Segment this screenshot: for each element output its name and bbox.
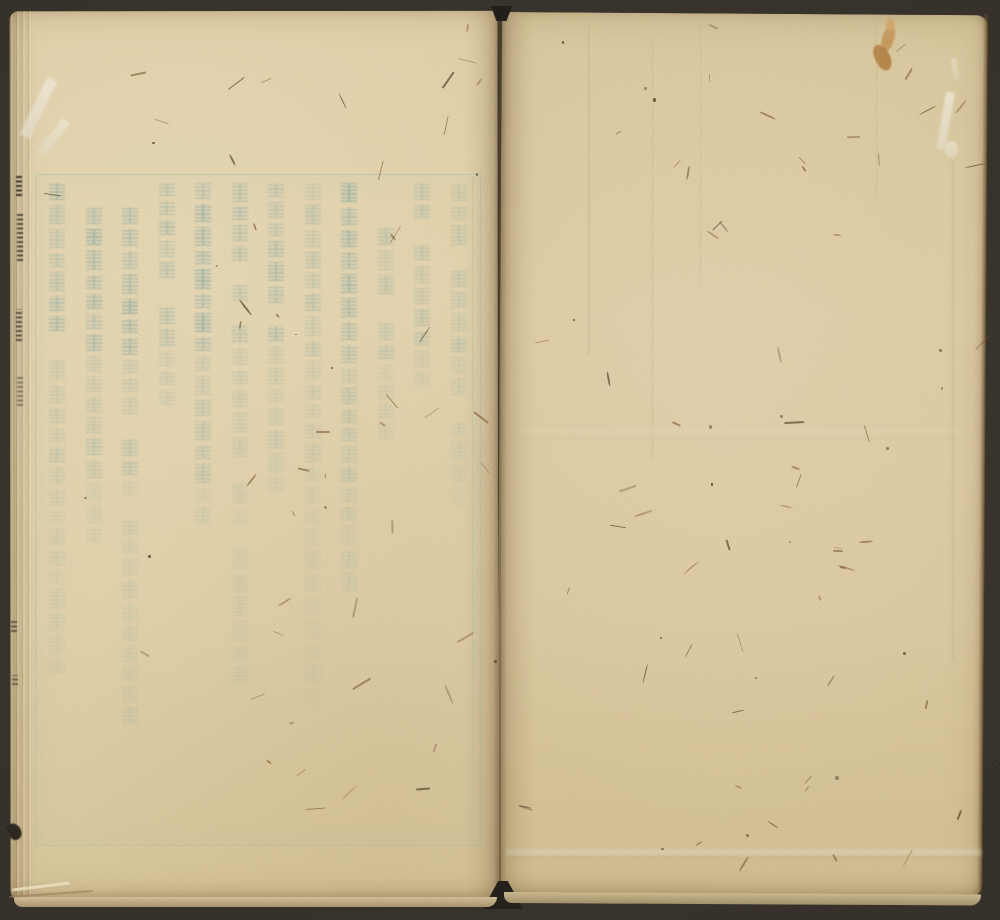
show-through-glyph (451, 357, 467, 373)
show-through-glyph (159, 308, 175, 324)
show-through-glyph (342, 467, 358, 483)
show-through-glyph (451, 441, 467, 460)
show-through-glyph (123, 338, 139, 355)
show-through-glyph (451, 465, 467, 482)
show-through-glyph (378, 386, 394, 400)
show-through-glyph (378, 323, 394, 340)
show-through-glyph (196, 507, 212, 524)
show-through-glyph (86, 397, 102, 412)
spine-sheet-stack (10, 11, 31, 901)
show-through-glyph (269, 407, 285, 425)
show-through-glyph (415, 205, 431, 219)
show-through-column (157, 183, 177, 410)
show-through-glyph (451, 271, 467, 287)
show-through-glyph (232, 666, 248, 684)
show-through-glyph (415, 372, 431, 387)
show-through-glyph (123, 397, 139, 415)
show-through-glyph (50, 635, 66, 654)
show-through-glyph (86, 528, 102, 542)
show-through-glyph (305, 316, 321, 336)
show-through-glyph (123, 299, 139, 314)
paper-speck (494, 660, 497, 663)
show-through-column (413, 183, 433, 392)
left-page-bottom-edge (14, 897, 497, 907)
show-through-glyph (451, 183, 467, 201)
show-through-column (194, 183, 214, 529)
show-through-glyph (415, 350, 431, 367)
show-through-glyph (50, 467, 66, 484)
show-through-glyph (342, 322, 358, 339)
show-through-glyph (86, 250, 102, 270)
show-through-glyph (232, 574, 248, 592)
show-through-glyph (269, 477, 285, 492)
show-through-glyph (123, 666, 139, 680)
show-through-glyph (305, 550, 321, 569)
show-through-glyph (50, 447, 66, 462)
show-through-glyph (305, 229, 321, 247)
show-through-glyph (269, 389, 285, 403)
show-through-glyph (415, 183, 431, 200)
show-through-glyph (305, 529, 321, 546)
show-through-glyph (305, 486, 321, 505)
show-through-glyph (159, 262, 175, 278)
show-through-glyph (50, 229, 66, 249)
show-through-glyph (123, 646, 139, 661)
show-through-glyph (50, 272, 66, 291)
show-through-glyph (123, 626, 139, 641)
show-through-glyph (123, 274, 139, 293)
show-through-glyph (305, 509, 321, 523)
show-through-column (340, 183, 360, 597)
show-through-glyph (196, 400, 212, 416)
show-through-glyph (123, 558, 139, 576)
show-through-glyph (123, 480, 139, 495)
show-through-glyph (86, 229, 102, 246)
show-through-glyph (232, 246, 248, 262)
show-through-glyph (50, 489, 66, 506)
show-through-glyph (305, 205, 321, 224)
show-through-glyph (342, 525, 358, 544)
show-through-glyph (232, 646, 248, 661)
show-through-glyph (342, 507, 358, 521)
paper-crease (700, 25, 703, 285)
gutter-crease (499, 13, 501, 899)
paper-fiber (316, 431, 331, 432)
show-through-glyph (232, 621, 248, 641)
show-through-glyph (123, 229, 139, 246)
show-through-glyph (305, 252, 321, 268)
show-through-glyph (86, 334, 102, 352)
show-through-glyph (451, 206, 467, 221)
paper-speck (653, 98, 656, 101)
show-through-glyph (50, 296, 66, 311)
right-page-bottom-edge (504, 892, 981, 905)
spine-ink-mark (11, 621, 17, 632)
right-page (496, 12, 988, 899)
show-through-glyph (232, 347, 248, 365)
photo-backdrop (0, 0, 1000, 920)
show-through-glyph (123, 539, 139, 553)
white-crease-mark (945, 141, 958, 158)
show-through-glyph (232, 484, 248, 503)
show-through-glyph (269, 326, 285, 342)
show-through-glyph (269, 262, 285, 280)
show-through-glyph (50, 589, 66, 608)
show-through-glyph (269, 346, 285, 363)
show-through-glyph (232, 549, 248, 568)
show-through-glyph (342, 183, 358, 202)
show-through-glyph (50, 550, 66, 565)
show-through-glyph (342, 388, 358, 404)
show-through-glyph (415, 245, 431, 260)
show-through-glyph (269, 183, 285, 197)
show-through-column (230, 183, 250, 689)
show-through-glyph (378, 250, 394, 270)
show-through-glyph (378, 275, 394, 294)
paper-speck (660, 637, 662, 639)
show-through-glyph (305, 293, 321, 311)
show-through-glyph (305, 665, 321, 684)
paper-crease (952, 160, 958, 660)
show-through-glyph (451, 487, 467, 506)
show-through-column (121, 183, 141, 729)
show-through-glyph (159, 329, 175, 346)
show-through-glyph (415, 309, 431, 327)
show-through-glyph (232, 437, 248, 457)
show-through-glyph (378, 423, 394, 440)
show-through-column (303, 183, 323, 710)
show-through-glyph (123, 378, 139, 392)
show-through-glyph (86, 294, 102, 309)
paper-speck (835, 776, 838, 779)
show-through-glyph (232, 508, 248, 526)
show-through-glyph (305, 361, 321, 380)
show-through-glyph (305, 341, 321, 357)
show-through-glyph (342, 487, 358, 501)
show-through-glyph (451, 225, 467, 245)
show-through-glyph (196, 204, 212, 222)
show-through-glyph (232, 285, 248, 301)
show-through-glyph (342, 298, 358, 317)
show-through-glyph (159, 240, 175, 256)
brown-stain (886, 19, 895, 31)
show-through-glyph (342, 274, 358, 294)
show-through-glyph (342, 550, 358, 569)
show-through-glyph (342, 409, 358, 423)
paper-fiber (833, 550, 843, 552)
show-through-glyph (86, 483, 102, 500)
show-through-glyph (305, 404, 321, 418)
show-through-glyph (269, 223, 285, 236)
show-through-glyph (451, 292, 467, 309)
paper-speck (755, 677, 757, 679)
show-through-glyph (50, 529, 66, 545)
show-through-glyph (269, 430, 285, 448)
paper-speck (711, 483, 713, 485)
show-through-glyph (269, 202, 285, 218)
show-through-glyph (196, 464, 212, 483)
show-through-glyph (232, 389, 248, 407)
show-through-glyph (451, 337, 467, 353)
show-through-glyph (50, 205, 66, 224)
show-through-glyph (159, 371, 175, 385)
show-through-glyph (123, 360, 139, 373)
show-through-glyph (269, 453, 285, 472)
show-through-glyph (196, 356, 212, 370)
show-through-glyph (123, 707, 139, 724)
show-through-glyph (196, 488, 212, 503)
show-through-glyph (50, 659, 66, 673)
show-through-glyph (232, 207, 248, 221)
show-through-column (48, 183, 68, 700)
show-through-glyph (305, 619, 321, 638)
paper-speck (148, 555, 150, 557)
show-through-column (376, 183, 396, 445)
show-through-glyph (50, 613, 66, 629)
paper-speck (939, 349, 942, 352)
show-through-glyph (123, 461, 139, 474)
paper-crease (876, 20, 879, 200)
show-through-glyph (378, 404, 394, 418)
fold-band (520, 426, 960, 440)
show-through-column (267, 183, 287, 496)
show-through-glyph (123, 251, 139, 270)
show-through-glyph (123, 207, 139, 224)
show-through-glyph (50, 428, 66, 443)
show-through-glyph (342, 368, 358, 382)
show-through-glyph (196, 269, 212, 289)
paper-speck (661, 848, 664, 851)
show-through-glyph (342, 345, 358, 364)
show-through-glyph (86, 208, 102, 224)
show-through-glyph (269, 368, 285, 384)
show-through-glyph (342, 207, 358, 225)
show-through-glyph (451, 378, 467, 394)
show-through-glyph (305, 574, 321, 592)
show-through-glyph (123, 520, 139, 534)
show-through-glyph (123, 580, 139, 598)
show-through-glyph (50, 360, 66, 380)
show-through-glyph (415, 265, 431, 283)
show-through-glyph (196, 445, 212, 459)
show-through-glyph (232, 412, 248, 432)
show-through-glyph (269, 241, 285, 257)
show-through-glyph (50, 408, 66, 423)
show-through-glyph (415, 288, 431, 304)
show-through-glyph (159, 183, 175, 196)
show-through-glyph (50, 385, 66, 403)
show-through-glyph (196, 421, 212, 440)
paper-speck (746, 834, 749, 837)
show-through-glyph (269, 286, 285, 303)
show-through-glyph (378, 364, 394, 381)
show-through-glyph (451, 423, 467, 436)
show-through-glyph (159, 351, 175, 366)
show-through-glyph (305, 183, 321, 200)
show-through-glyph (86, 417, 102, 434)
show-through-glyph (50, 183, 66, 200)
show-through-glyph (123, 319, 139, 333)
show-through-glyph (196, 376, 212, 396)
show-through-glyph (196, 337, 212, 351)
show-through-glyph (305, 443, 321, 462)
show-through-glyph (305, 597, 321, 614)
show-through-glyph (123, 439, 139, 456)
paper-crease (588, 25, 591, 355)
show-through-glyph (86, 275, 102, 289)
show-through-glyph (159, 220, 175, 235)
show-through-glyph (86, 438, 102, 455)
show-through-glyph (305, 689, 321, 704)
show-through-glyph (232, 370, 248, 384)
paper-speck (152, 142, 154, 144)
show-through-glyph (50, 253, 66, 267)
paper-fiber (833, 233, 841, 235)
show-through-glyph (196, 183, 212, 199)
show-through-glyph (50, 316, 66, 331)
show-through-glyph (123, 603, 139, 621)
show-through-glyph (342, 230, 358, 247)
paper-crease (652, 40, 655, 460)
show-through-glyph (196, 227, 212, 246)
show-through-glyph (232, 183, 248, 202)
spine-ink-mark (16, 309, 22, 341)
show-through-glyph (123, 685, 139, 701)
show-through-text-frame (35, 174, 481, 846)
show-through-glyph (196, 313, 212, 332)
show-through-glyph (86, 460, 102, 478)
spine-ink-mark (17, 376, 23, 406)
show-through-glyph (342, 446, 358, 461)
paper-speck (644, 87, 647, 90)
show-through-glyph (342, 428, 358, 441)
show-through-glyph (232, 225, 248, 240)
show-through-glyph (305, 643, 321, 660)
spine-ink-mark (12, 675, 18, 685)
show-through-glyph (196, 251, 212, 264)
show-through-glyph (342, 573, 358, 592)
show-through-glyph (305, 423, 321, 438)
spine-ink-mark (16, 175, 22, 196)
show-through-glyph (86, 356, 102, 372)
show-through-glyph (232, 596, 248, 616)
show-through-column (84, 183, 104, 547)
show-through-glyph (86, 505, 102, 523)
show-through-glyph (86, 314, 102, 329)
show-through-glyph (378, 345, 394, 359)
show-through-glyph (305, 273, 321, 288)
show-through-glyph (342, 252, 358, 269)
show-through-glyph (50, 570, 66, 584)
show-through-glyph (159, 201, 175, 215)
show-through-glyph (159, 390, 175, 405)
paper-speck (789, 541, 791, 543)
show-through-glyph (305, 385, 321, 399)
spine-ink-mark (17, 213, 23, 261)
show-through-glyph (50, 511, 66, 524)
show-through-glyph (451, 313, 467, 331)
show-through-glyph (196, 294, 212, 308)
show-through-glyph (86, 377, 102, 391)
